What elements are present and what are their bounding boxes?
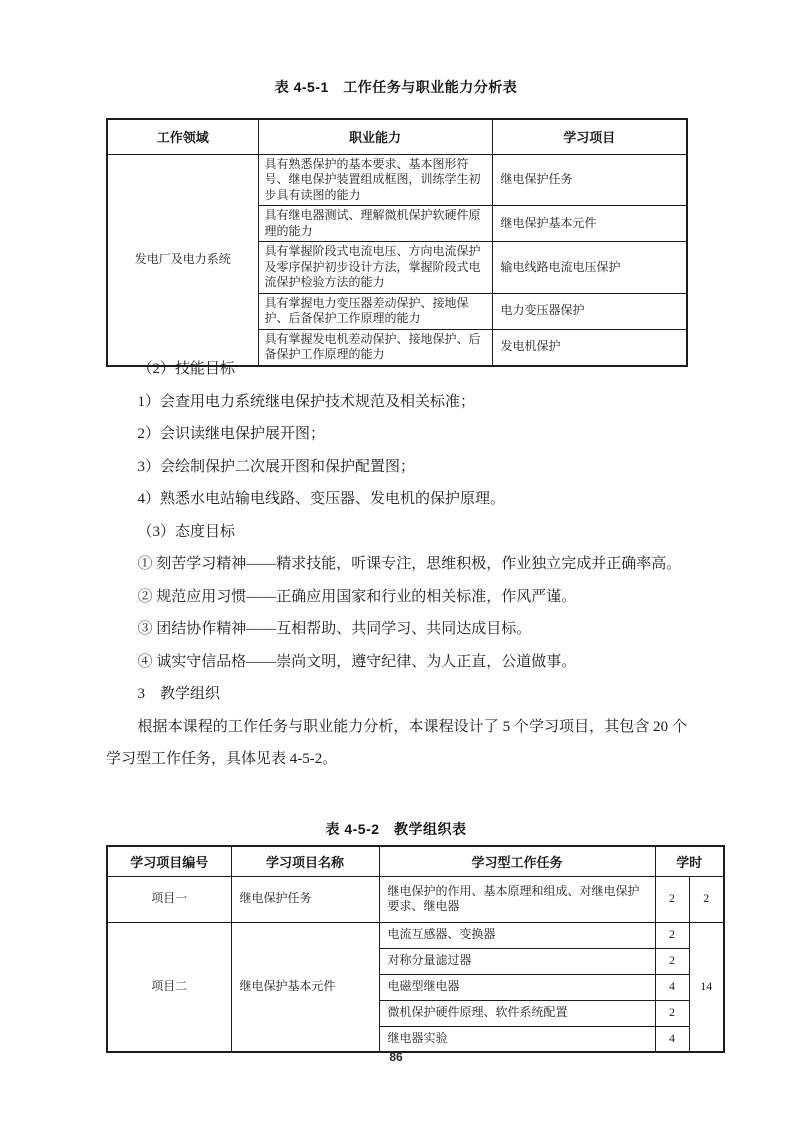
project-id-cell: 项目一 xyxy=(107,876,231,922)
table1-header-work-domain: 工作领域 xyxy=(107,119,258,154)
project-cell: 继电保护任务 xyxy=(492,154,687,206)
hours-cell: 4 xyxy=(655,974,689,1000)
paragraph: （3）态度目标 xyxy=(106,516,687,549)
document-page: 表 4-5-1 工作任务与职业能力分析表 工作领域 职业能力 学习项目 发电厂及… xyxy=(0,0,792,1122)
project-cell: 输电线路电流电压保护 xyxy=(492,242,687,294)
paragraph: （2）技能目标 xyxy=(106,353,687,386)
table1-work-task-analysis: 工作领域 职业能力 学习项目 发电厂及电力系统 具有熟悉保护的基本要求、基本图形… xyxy=(106,118,688,367)
section-heading: 3 教学组织 xyxy=(106,678,687,711)
table1-header-row: 工作领域 职业能力 学习项目 xyxy=(107,119,687,154)
table1-title: 表 4-5-1 工作任务与职业能力分析表 xyxy=(0,77,792,97)
table2-header-project-name: 学习项目名称 xyxy=(231,846,379,876)
hours-cell: 4 xyxy=(655,1026,689,1052)
ability-cell: 具有掌握阶段式电流电压、方向电流保护及零序保护初步设计方法，掌握阶段式电流保护检… xyxy=(258,242,492,294)
work-domain-cell: 发电厂及电力系统 xyxy=(107,154,258,366)
table2-header-row: 学习项目编号 学习项目名称 学习型工作任务 学时 xyxy=(107,846,724,876)
paragraph: 2）会识读继电保护展开图； xyxy=(106,418,687,451)
table-row: 项目二 继电保护基本元件 电流互感器、变换器 2 14 xyxy=(107,922,724,948)
table1-header-project: 学习项目 xyxy=(492,119,687,154)
task-cell: 对称分量滤过器 xyxy=(379,948,655,974)
table-row: 项目一 继电保护任务 继电保护的作用、基本原理和组成、对继电保护要求、继电器 2… xyxy=(107,876,724,922)
table2-header-project-id: 学习项目编号 xyxy=(107,846,231,876)
project-cell: 电力变压器保护 xyxy=(492,293,687,329)
table2-teaching-organization: 学习项目编号 学习项目名称 学习型工作任务 学时 项目一 继电保护任务 继电保护… xyxy=(106,845,725,1053)
paragraph: 4）熟悉水电站输电线路、变压器、发电机的保护原理。 xyxy=(106,483,687,516)
paragraph: ① 刻苦学习精神——精求技能，听课专注，思维积极，作业独立完成并正确率高。 xyxy=(106,548,687,581)
table1-header-ability: 职业能力 xyxy=(258,119,492,154)
paragraph: 3）会绘制保护二次展开图和保护配置图； xyxy=(106,451,687,484)
hours-cell: 2 xyxy=(655,922,689,948)
ability-cell: 具有掌握电力变压器差动保护、接地保护、后备保护工作原理的能力 xyxy=(258,293,492,329)
hours-cell: 2 xyxy=(655,948,689,974)
task-cell: 电流互感器、变换器 xyxy=(379,922,655,948)
project-name-cell: 继电保护基本元件 xyxy=(231,922,379,1052)
paragraph: ③ 团结协作精神——互相帮助、共同学习、共同达成目标。 xyxy=(106,613,687,646)
paragraph: ④ 诚实守信品格——崇尚文明，遵守纪律、为人正直，公道做事。 xyxy=(106,646,687,679)
paragraph: ② 规范应用习惯——正确应用国家和行业的相关标准，作风严谨。 xyxy=(106,581,687,614)
body-text: （2）技能目标 1）会查用电力系统继电保护技术规范及相关标准； 2）会识读继电保… xyxy=(106,353,687,776)
paragraph: 1）会查用电力系统继电保护技术规范及相关标准； xyxy=(106,386,687,419)
total-hours-cell: 14 xyxy=(689,922,724,1052)
page-number: 86 xyxy=(0,1050,792,1064)
total-hours-cell: 2 xyxy=(689,876,724,922)
ability-cell: 具有熟悉保护的基本要求、基本图形符号、继电保护装置组成框图，训练学生初步具有读图… xyxy=(258,154,492,206)
hours-cell: 2 xyxy=(655,876,689,922)
task-cell: 电磁型继电器 xyxy=(379,974,655,1000)
project-id-cell: 项目二 xyxy=(107,922,231,1052)
task-cell: 微机保护硬件原理、软件系统配置 xyxy=(379,1000,655,1026)
project-name-cell: 继电保护任务 xyxy=(231,876,379,922)
task-cell: 继电保护的作用、基本原理和组成、对继电保护要求、继电器 xyxy=(379,876,655,922)
table2-header-hours: 学时 xyxy=(655,846,724,876)
project-cell: 继电保护基本元件 xyxy=(492,206,687,242)
table-row: 发电厂及电力系统 具有熟悉保护的基本要求、基本图形符号、继电保护装置组成框图，训… xyxy=(107,154,687,206)
task-cell: 继电器实验 xyxy=(379,1026,655,1052)
paragraph: 根据本课程的工作任务与职业能力分析，本课程设计了 5 个学习项目，其包含 20 … xyxy=(106,711,687,776)
table2-title: 表 4-5-2 教学组织表 xyxy=(0,819,792,839)
hours-cell: 2 xyxy=(655,1000,689,1026)
table2-header-task: 学习型工作任务 xyxy=(379,846,655,876)
ability-cell: 具有继电器测试、理解微机保护软硬件原理的能力 xyxy=(258,206,492,242)
